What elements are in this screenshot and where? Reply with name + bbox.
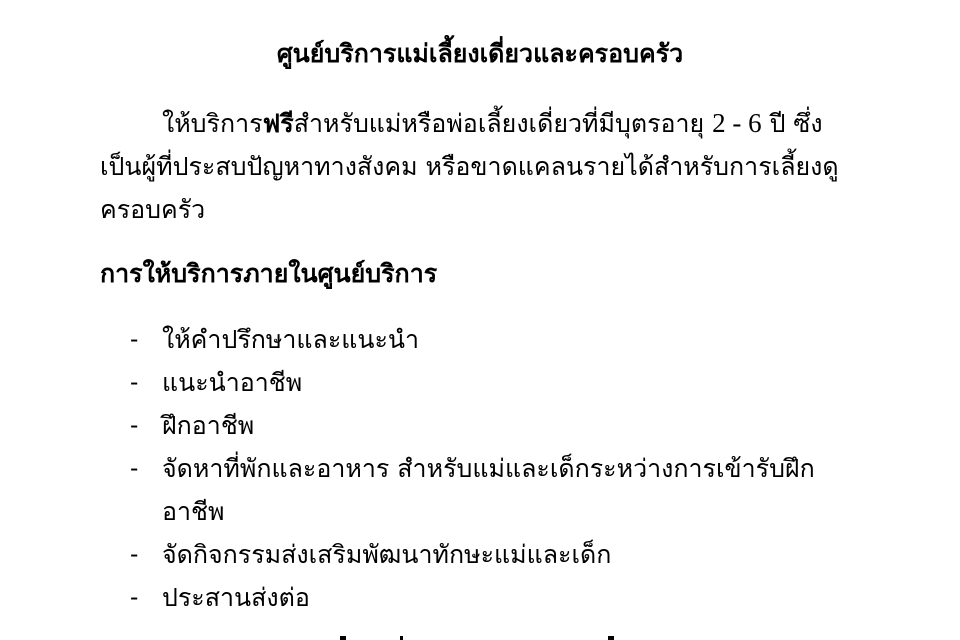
services-heading: การให้บริการภายในศูนย์บริการ xyxy=(100,254,437,294)
service-line: แนะนำอาชีพ xyxy=(162,361,302,404)
document-title: ศูนย์บริการแม่เลี้ยงเดี่ยวและครอบครัว xyxy=(0,34,960,74)
bullet-dash: - xyxy=(130,361,162,404)
intro-line-3: ครอบครัว xyxy=(100,188,880,231)
document-page: ศูนย์บริการแม่เลี้ยงเดี่ยวและครอบครัว ให… xyxy=(0,0,960,640)
service-line: ประสานส่งต่อ xyxy=(162,576,310,619)
services-list: - ให้คำปรึกษาและแนะนำ - แนะนำอาชีพ - ฝึก… xyxy=(130,318,890,619)
list-item: - จัดกิจกรรมส่งเสริมพัฒนาทักษะแม่และเด็ก xyxy=(130,533,890,576)
bullet-dash: - xyxy=(130,533,162,576)
list-item: - จัดหาที่พักและอาหาร สำหรับแม่และเด็กระ… xyxy=(130,447,890,533)
intro-prefix: ให้บริการ xyxy=(162,109,263,138)
service-text: ฝึกอาชีพ xyxy=(162,404,254,447)
intro-text-a: สำหรับแม่หรือพ่อเลี้ยงเดี่ยวที่มีบุตรอาย… xyxy=(294,109,712,138)
service-text: จัดหาที่พักและอาหาร สำหรับแม่และเด็กระหว… xyxy=(162,447,815,533)
intro-free-emphasis: ฟรี xyxy=(263,109,294,138)
intro-age-range: 2 - 6 xyxy=(712,108,762,138)
service-text: ให้คำปรึกษาและแนะนำ xyxy=(162,318,419,361)
service-line: ฝึกอาชีพ xyxy=(162,404,254,447)
service-text: ประสานส่งต่อ xyxy=(162,576,310,619)
service-text: จัดกิจกรรมส่งเสริมพัฒนาทักษะแม่และเด็ก xyxy=(162,533,611,576)
service-line: ให้คำปรึกษาและแนะนำ xyxy=(162,318,419,361)
service-line: จัดหาที่พักและอาหาร สำหรับแม่และเด็กระหว… xyxy=(162,447,815,490)
bullet-dash: - xyxy=(130,447,162,490)
intro-line-1: ให้บริการฟรีสำหรับแม่หรือพ่อเลี้ยงเดี่ยว… xyxy=(100,102,880,145)
bullet-dash: - xyxy=(130,404,162,447)
service-line: จัดกิจกรรมส่งเสริมพัฒนาทักษะแม่และเด็ก xyxy=(162,533,611,576)
list-item: - ประสานส่งต่อ xyxy=(130,576,890,619)
list-item: - แนะนำอาชีพ xyxy=(130,361,890,404)
intro-line-2: เป็นผู้ที่ประสบปัญหาทางสังคม หรือขาดแคลน… xyxy=(100,145,880,188)
diacritic-fragment xyxy=(340,636,346,640)
intro-text-b: ปี ซึ่ง xyxy=(762,109,823,138)
diacritic-fragment xyxy=(608,636,614,640)
bullet-dash: - xyxy=(130,318,162,361)
list-item: - ให้คำปรึกษาและแนะนำ xyxy=(130,318,890,361)
bullet-dash: - xyxy=(130,576,162,619)
service-line: อาชีพ xyxy=(162,490,815,533)
service-text: แนะนำอาชีพ xyxy=(162,361,302,404)
intro-paragraph: ให้บริการฟรีสำหรับแม่หรือพ่อเลี้ยงเดี่ยว… xyxy=(100,102,880,231)
list-item: - ฝึกอาชีพ xyxy=(130,404,890,447)
diacritic-fragment xyxy=(400,636,403,640)
cut-off-next-line-diacritics xyxy=(0,630,960,640)
